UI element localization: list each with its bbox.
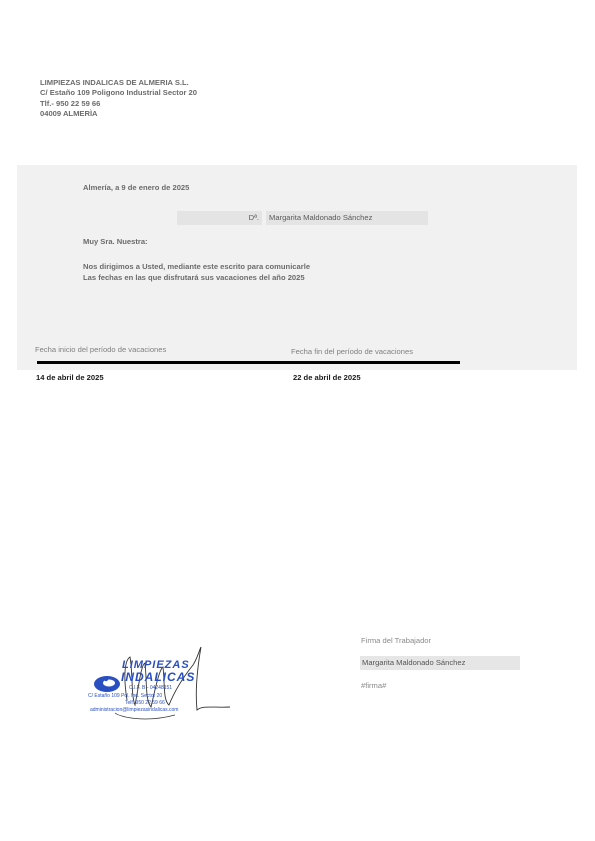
company-postal: 04009 ALMERÌA <box>40 109 197 119</box>
start-date-header: Fecha inicio del período de vacaciones <box>35 345 166 354</box>
company-address: C/ Estaño 109 Poligono Industrial Sector… <box>40 88 197 98</box>
recipient-prefix: Dª. <box>177 213 262 222</box>
body-line: Nos dirigimos a Usted, mediante este esc… <box>83 262 310 273</box>
stamp-phone: Telf. 950 22 59 66 <box>125 700 165 706</box>
signature-label: Firma del Trabajador <box>361 636 431 645</box>
stamp-brand-line2: INDALICAS <box>121 670 195 684</box>
end-date-value: 22 de abril de 2025 <box>293 373 361 382</box>
body-line: Las fechas en las que disfrutará sus vac… <box>83 273 310 284</box>
company-name: LIMPIEZAS INDALICAS DE ALMERIA S.L. <box>40 78 197 88</box>
stamp-email: administracion@limpiezasindalicas.com <box>90 707 178 713</box>
worker-name: Margarita Maldonado Sánchez <box>362 658 465 667</box>
company-stamp: LIMPIEZAS INDALICAS C.I.F. B - 04248151 … <box>85 645 235 727</box>
recipient-name: Margarita Maldonado Sánchez <box>269 213 372 222</box>
date-line: Almería, a 9 de enero de 2025 <box>83 183 189 192</box>
salutation: Muy Sra. Nuestra: <box>83 237 148 246</box>
table-divider <box>37 361 460 364</box>
start-date-value: 14 de abril de 2025 <box>36 373 104 382</box>
letter-body: Nos dirigimos a Usted, mediante este esc… <box>83 262 310 283</box>
company-header: LIMPIEZAS INDALICAS DE ALMERIA S.L. C/ E… <box>40 78 197 120</box>
stamp-address: C/ Estaño 109 Pol. Ind. Sector 20 <box>88 693 162 699</box>
end-date-header: Fecha fin del período de vacaciones <box>291 347 413 356</box>
company-phone: Tlf.- 950 22 59 66 <box>40 99 197 109</box>
signature-placeholder: #firma# <box>361 681 386 690</box>
stamp-cif: C.I.F. B - 04248151 <box>129 685 172 691</box>
